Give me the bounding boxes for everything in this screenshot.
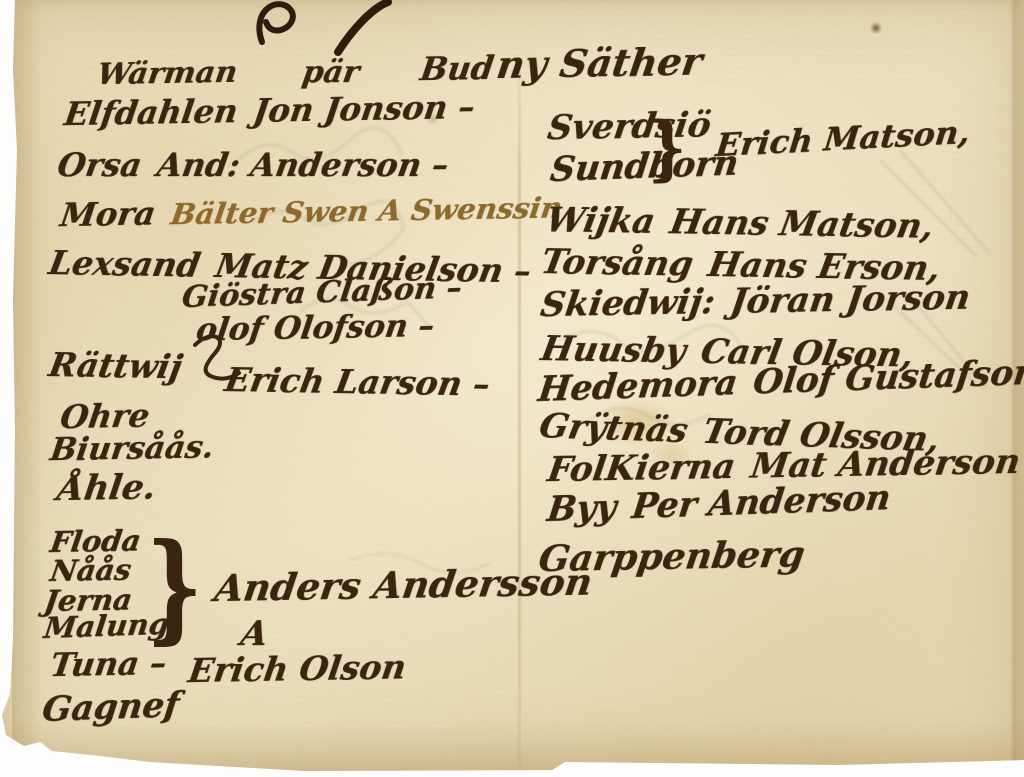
left-entry-elfdahlen: ElfdahlenJon Jonson – bbox=[62, 90, 477, 132]
paper-edge-shading-left bbox=[12, 0, 42, 777]
place-name: Rättwij bbox=[46, 345, 185, 386]
cropped-pen-flourish bbox=[259, 2, 388, 52]
vertical-fold-crease bbox=[518, 60, 521, 766]
person-name: olof Olofson – bbox=[194, 308, 437, 348]
place-name: Byy bbox=[545, 488, 619, 530]
right-group-place-sverdsio: Sverdsiö bbox=[545, 107, 713, 147]
left-entry-rattwij-name: Erich Larson – bbox=[222, 362, 493, 403]
manuscript-page: Wärman pär Bud ny Säther ElfdahlenJon Jo… bbox=[0, 0, 1024, 777]
left-entry-tuna-place: Tuna – bbox=[48, 646, 169, 683]
header-word-3: Bud bbox=[418, 51, 496, 87]
right-entry-skiedwij: Skiedwij:Jöran Jorson bbox=[538, 280, 972, 325]
left-entry-orsa: OrsaAnd: Anderson – bbox=[55, 148, 451, 183]
scanned-document: Wärman pär Bud ny Säther ElfdahlenJon Jo… bbox=[0, 0, 1024, 777]
person-name: Jöran Jorson bbox=[728, 278, 973, 322]
group-brace-right: } bbox=[648, 98, 686, 198]
right-entry-byy: ByyPer Anderson bbox=[545, 480, 893, 529]
left-entry-tuna-name: Erich Olson bbox=[186, 649, 408, 689]
right-entry-wijka: WijkaHans Matson, bbox=[543, 202, 936, 246]
place-name: Hedemora bbox=[536, 363, 740, 410]
person-name: Per Anderson bbox=[630, 478, 893, 527]
left-entry-rattwij-place: Rättwij bbox=[46, 347, 185, 386]
left-entry-ahle: Åhle. bbox=[55, 469, 158, 508]
right-group-place-sundborn: Sundborn bbox=[548, 146, 740, 190]
place-name: Lexsand bbox=[46, 243, 203, 285]
left-entry-gagnef: Gagnef bbox=[40, 687, 181, 729]
right-group-delegate-name: Erich Matson, bbox=[714, 115, 971, 163]
header-word-2: pär bbox=[300, 56, 361, 89]
paper-edge-shading-bottom bbox=[0, 720, 1024, 775]
header-word-4: ny Säther bbox=[494, 40, 705, 85]
person-name-later-ink: Bälter Swen A Swenssin bbox=[169, 190, 565, 231]
person-name: Erich Larson – bbox=[222, 360, 493, 404]
left-entry-mora: MoraBälter Swen A Swenssin bbox=[58, 189, 564, 233]
left-entry-olof: olof Olofson – bbox=[194, 309, 436, 347]
ink-fleck bbox=[870, 22, 882, 34]
place-name: Grÿtnäs bbox=[536, 406, 691, 451]
group-brace-left: } bbox=[146, 508, 203, 666]
place-name: Skiedwij: bbox=[538, 282, 718, 325]
person-name: And: Anderson – bbox=[154, 146, 451, 184]
capital-a-mark: A bbox=[238, 616, 270, 653]
header-word-1: Wärman bbox=[95, 56, 239, 91]
right-entry-garppenberg: Garppenberg bbox=[536, 535, 807, 579]
place-name: Orsa bbox=[55, 146, 145, 184]
person-name: Hans Matson, bbox=[667, 202, 937, 247]
left-entry-biursaas: Biursåås. bbox=[48, 430, 216, 467]
place-name: Torsång bbox=[538, 242, 696, 285]
place-name: Wijka bbox=[543, 200, 658, 242]
place-name: Elfdahlen bbox=[62, 92, 240, 133]
person-name: Jon Jonson – bbox=[251, 88, 477, 130]
place-name: Mora bbox=[58, 194, 158, 234]
